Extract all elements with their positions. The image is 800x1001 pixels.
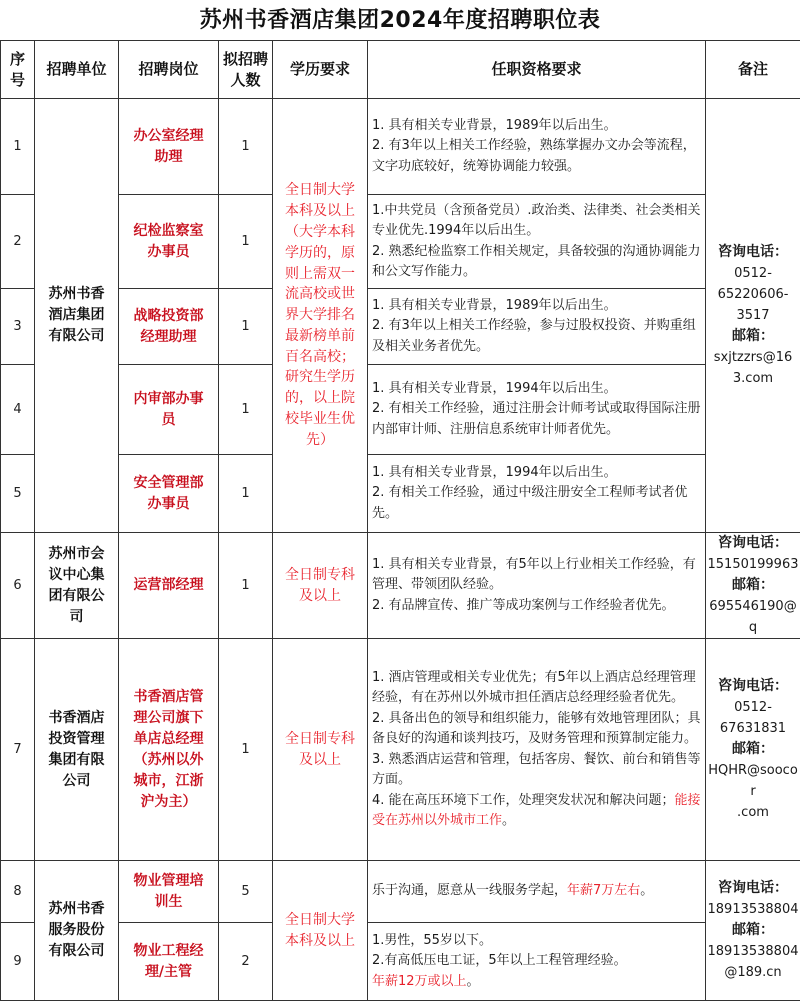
- text-line: 则上需双一: [276, 264, 364, 285]
- text-line: 有限公司: [39, 326, 114, 347]
- text-line: 战略投资部: [122, 306, 215, 327]
- email-address: HQHR@soocor: [707, 760, 799, 802]
- requirement-item: 1. 具有相关专业背景，1989年以后出生。: [372, 296, 701, 317]
- text-line: 纪检监察室: [122, 221, 215, 242]
- text-line: 沪为主）: [122, 792, 215, 813]
- text-line: 议中心集: [39, 565, 114, 586]
- table-row: 7书香酒店投资管理集团有限公司书香酒店管理公司旗下单店总经理（苏州以外城市，江浙…: [1, 639, 800, 861]
- text-line: 苏州市会: [39, 544, 114, 565]
- requirements-cell: 1.男性，55岁以下。2.有高低压电工证，5年以上工程管理经验。年薪12万或以上…: [368, 923, 706, 989]
- count-cell: 1: [219, 99, 273, 195]
- contact-cell: 咨询电话：15150199963邮箱：695546190@q: [706, 533, 800, 639]
- text-line: 全日制大学: [276, 910, 364, 931]
- unit-cell: 书香酒店投资管理集团有限公司: [35, 639, 119, 861]
- requirement-text: 1. 具有相关专业背景，1989年以后出生。: [372, 298, 617, 313]
- requirement-text: 2. 熟悉纪检监察工作相关规定，具备较强的沟通协调能力和公文写作能力。: [372, 244, 701, 280]
- text-line: 物业工程经: [122, 941, 215, 962]
- requirement-text: 1. 具有相关专业背景，1989年以后出生。: [372, 118, 617, 133]
- requirement-item: 2. 熟悉纪检监察工作相关规定，具备较强的沟通协调能力和公文写作能力。: [372, 242, 701, 283]
- requirement-item: 1.男性，55岁以下。: [372, 931, 701, 952]
- table-row: 6苏州市会议中心集团有限公司运营部经理1全日制专科及以上1. 具有相关专业背景，…: [1, 533, 800, 639]
- email-address: .com: [707, 802, 799, 823]
- text-line: 全日制大学: [276, 180, 364, 201]
- position-cell: 物业管理培训生: [119, 861, 219, 923]
- requirement-item: 2. 有品牌宣传、推广等成功案例与工作经验者优先。: [372, 596, 701, 617]
- requirement-text: 1.男性，55岁以下。: [372, 933, 492, 948]
- requirement-text: 。: [502, 813, 515, 828]
- text-line: 办事员: [122, 494, 215, 515]
- requirement-item: 2. 有3年以上相关工作经验，参与过股权投资、并购重组及相关业务者优先。: [372, 316, 701, 357]
- position-cell: 内审部办事员: [119, 365, 219, 455]
- text-line: 及以上: [276, 750, 364, 771]
- header-unit: 招聘单位: [35, 41, 119, 99]
- text-line: 界大学排名: [276, 305, 364, 326]
- text-line: 物业管理培: [122, 871, 215, 892]
- text-line: （苏州以外: [122, 750, 215, 771]
- text-line: 酒店集团: [39, 305, 114, 326]
- text-line: 投资管理: [39, 729, 114, 750]
- text-line: 全日制专科: [276, 729, 364, 750]
- header-seq: 序号: [1, 41, 35, 99]
- header-notes: 备注: [706, 41, 800, 99]
- requirement-text: 2. 有3年以上相关工作经验，熟练掌握办文办会等流程，文字功底较好，统筹协调能力…: [372, 138, 696, 174]
- requirement-text: 3. 熟悉酒店运营和管理，包括客房、餐饮、前台和销售等方面。: [372, 752, 701, 788]
- requirement-item: 年薪12万或以上。: [372, 972, 701, 988]
- table-row: 3战略投资部经理助理11. 具有相关专业背景，1989年以后出生。2. 有3年以…: [1, 289, 800, 365]
- requirement-text: 1. 具有相关专业背景，有5年以上行业相关工作经验，有管理、带领团队经验。: [372, 557, 696, 593]
- seq-cell: 8: [1, 861, 35, 923]
- header-row: 序号 招聘单位 招聘岗位 拟招聘人数 学历要求 任职资格要求 备注: [1, 41, 800, 99]
- header-position: 招聘岗位: [119, 41, 219, 99]
- email-label: 邮箱：: [707, 326, 799, 347]
- count-cell: 1: [219, 533, 273, 639]
- highlight-text: 年薪12万或以上: [372, 974, 467, 988]
- requirement-item: 1. 具有相关专业背景，1994年以后出生。: [372, 463, 701, 484]
- phone-number: 15150199963: [707, 554, 799, 575]
- requirements-cell: 1. 具有相关专业背景，有5年以上行业相关工作经验，有管理、带领团队经验。2. …: [368, 533, 706, 639]
- text-line: （大学本科: [276, 222, 364, 243]
- highlight-text: 年薪7万左右: [567, 883, 640, 898]
- phone-number: 3517: [707, 305, 799, 326]
- email-address: @189.cn: [707, 962, 799, 983]
- phone-number: 0512-: [707, 697, 799, 718]
- text-line: 先）: [276, 430, 364, 451]
- phone-number: 0512-: [707, 263, 799, 284]
- requirement-text: 2. 有3年以上相关工作经验，参与过股权投资、并购重组及相关业务者优先。: [372, 318, 696, 354]
- unit-cell: 苏州书香酒店集团有限公司: [35, 99, 119, 533]
- education-cell: 全日制专科及以上: [273, 639, 368, 861]
- text-line: 内审部办事: [122, 389, 215, 410]
- requirement-text: 乐于沟通，愿意从一线服务学起，: [372, 883, 567, 898]
- requirement-text: 。: [467, 974, 480, 988]
- requirement-item: 4. 能在高压环境下工作，处理突发状况和解决问题；能接受在苏州以外城市工作。: [372, 791, 701, 832]
- count-cell: 1: [219, 455, 273, 533]
- requirement-item: 乐于沟通，愿意从一线服务学起，年薪7万左右。: [372, 881, 701, 902]
- position-cell: 安全管理部办事员: [119, 455, 219, 533]
- requirement-text: 4. 能在高压环境下工作，处理突发状况和解决问题；: [372, 793, 675, 808]
- contact-cell: 咨询电话：18913538804邮箱：18913538804@189.cn: [706, 861, 800, 989]
- education-cell: 全日制专科及以上: [273, 533, 368, 639]
- requirement-item: 1. 酒店管理或相关专业优先；有5年以上酒店总经理管理经验，有在苏州以外城市担任…: [372, 668, 701, 709]
- text-line: 服务股份: [39, 920, 114, 941]
- text-line: 全日制专科: [276, 565, 364, 586]
- text-line: 的，以上院: [276, 388, 364, 409]
- requirement-text: 2. 有相关工作经验，通过中级注册安全工程师考试者优先。: [372, 485, 688, 521]
- requirement-text: 1. 具有相关专业背景，1994年以后出生。: [372, 465, 617, 480]
- phone-label: 咨询电话：: [707, 242, 799, 263]
- count-cell: 1: [219, 639, 273, 861]
- contact-cell: 咨询电话：0512-67631831邮箱：HQHR@soocor.com: [706, 639, 800, 861]
- unit-cell: 苏州书香服务股份有限公司: [35, 861, 119, 989]
- text-line: 司: [39, 607, 114, 628]
- requirements-cell: 1.中共党员（含预备党员）.政治类、法律类、社会类相关专业优先.1994年以后出…: [368, 195, 706, 289]
- position-cell: 书香酒店管理公司旗下单店总经理（苏州以外城市，江浙沪为主）: [119, 639, 219, 861]
- requirements-cell: 1. 具有相关专业背景，1989年以后出生。2. 有3年以上相关工作经验，参与过…: [368, 289, 706, 365]
- requirement-text: 2. 有品牌宣传、推广等成功案例与工作经验者优先。: [372, 598, 675, 613]
- text-line: 最新榜单前: [276, 326, 364, 347]
- requirement-item: 1. 具有相关专业背景，1994年以后出生。: [372, 379, 701, 400]
- email-label: 邮箱：: [707, 920, 799, 941]
- text-line: 训生: [122, 892, 215, 913]
- requirement-text: 1. 具有相关专业背景，1994年以后出生。: [372, 381, 617, 396]
- requirement-text: 2.有高低压电工证，5年以上工程管理经验。: [372, 953, 627, 968]
- text-line: 本科及以上: [276, 931, 364, 952]
- text-line: 运营部经理: [122, 575, 215, 596]
- phone-number: 65220606-: [707, 284, 799, 305]
- text-line: 流高校或世: [276, 284, 364, 305]
- seq-cell: 9: [1, 923, 35, 989]
- text-line: 办公室经理: [122, 126, 215, 147]
- recruitment-table: 序号 招聘单位 招聘岗位 拟招聘人数 学历要求 任职资格要求 备注 1苏州书香酒…: [0, 40, 800, 988]
- unit-cell: 苏州市会议中心集团有限公司: [35, 533, 119, 639]
- requirements-cell: 乐于沟通，愿意从一线服务学起，年薪7万左右。: [368, 861, 706, 923]
- text-line: 公司: [39, 771, 114, 792]
- requirement-text: 1. 酒店管理或相关专业优先；有5年以上酒店总经理管理经验，有在苏州以外城市担任…: [372, 670, 696, 706]
- text-line: 有限公司: [39, 941, 114, 962]
- table-row: 9物业工程经理/主管21.男性，55岁以下。2.有高低压电工证，5年以上工程管理…: [1, 923, 800, 989]
- phone-label: 咨询电话：: [707, 533, 799, 554]
- requirement-text: 1.中共党员（含预备党员）.政治类、法律类、社会类相关专业优先.1994年以后出…: [372, 203, 701, 239]
- text-line: 助理: [122, 147, 215, 168]
- text-line: 研究生学历: [276, 367, 364, 388]
- text-line: 理/主管: [122, 962, 215, 983]
- email-address: sxjtzzrs@16: [707, 347, 799, 368]
- count-cell: 5: [219, 861, 273, 923]
- phone-label: 咨询电话：: [707, 878, 799, 899]
- phone-number: 18913538804: [707, 899, 799, 920]
- requirement-item: 2. 有相关工作经验，通过中级注册安全工程师考试者优先。: [372, 483, 701, 524]
- requirement-item: 2.有高低压电工证，5年以上工程管理经验。: [372, 951, 701, 972]
- requirement-item: 3. 熟悉酒店运营和管理，包括客房、餐饮、前台和销售等方面。: [372, 750, 701, 791]
- count-cell: 1: [219, 365, 273, 455]
- requirement-item: 2. 有相关工作经验，通过注册会计师考试或取得国际注册内部审计师、注册信息系统审…: [372, 399, 701, 440]
- text-line: 苏州书香: [39, 284, 114, 305]
- text-line: 集团有限: [39, 750, 114, 771]
- position-cell: 物业工程经理/主管: [119, 923, 219, 989]
- text-line: 书香酒店: [39, 708, 114, 729]
- seq-cell: 2: [1, 195, 35, 289]
- text-line: 办事员: [122, 242, 215, 263]
- email-label: 邮箱：: [707, 739, 799, 760]
- page-title: 苏州书香酒店集团2024年度招聘职位表: [0, 0, 800, 40]
- education-cell: 全日制大学本科及以上（大学本科学历的，原则上需双一流高校或世界大学排名最新榜单前…: [273, 99, 368, 533]
- count-cell: 1: [219, 195, 273, 289]
- requirements-cell: 1. 具有相关专业背景，1994年以后出生。2. 有相关工作经验，通过中级注册安…: [368, 455, 706, 533]
- email-address: 3.com: [707, 368, 799, 389]
- text-line: 理公司旗下: [122, 708, 215, 729]
- table-row: 4内审部办事员11. 具有相关专业背景，1994年以后出生。2. 有相关工作经验…: [1, 365, 800, 455]
- seq-cell: 6: [1, 533, 35, 639]
- position-cell: 运营部经理: [119, 533, 219, 639]
- seq-cell: 3: [1, 289, 35, 365]
- requirements-cell: 1. 酒店管理或相关专业优先；有5年以上酒店总经理管理经验，有在苏州以外城市担任…: [368, 639, 706, 861]
- seq-cell: 7: [1, 639, 35, 861]
- count-cell: 2: [219, 923, 273, 989]
- position-cell: 办公室经理助理: [119, 99, 219, 195]
- header-education: 学历要求: [273, 41, 368, 99]
- requirement-text: 2. 具备出色的领导和组织能力，能够有效地管理团队；具备良好的沟通和谈判技巧，及…: [372, 711, 701, 747]
- position-cell: 纪检监察室办事员: [119, 195, 219, 289]
- position-cell: 战略投资部经理助理: [119, 289, 219, 365]
- requirements-cell: 1. 具有相关专业背景，1989年以后出生。2. 有3年以上相关工作经验，熟练掌…: [368, 99, 706, 195]
- text-line: 苏州书香: [39, 899, 114, 920]
- contact-cell: 咨询电话：0512-65220606-3517邮箱：sxjtzzrs@163.c…: [706, 99, 800, 533]
- text-line: 安全管理部: [122, 473, 215, 494]
- text-line: 及以上: [276, 586, 364, 607]
- text-line: 校毕业生优: [276, 409, 364, 430]
- seq-cell: 5: [1, 455, 35, 533]
- seq-cell: 4: [1, 365, 35, 455]
- text-line: 员: [122, 410, 215, 431]
- requirement-item: 1. 具有相关专业背景，有5年以上行业相关工作经验，有管理、带领团队经验。: [372, 555, 701, 596]
- header-count: 拟招聘人数: [219, 41, 273, 99]
- table-row: 8苏州书香服务股份有限公司物业管理培训生5全日制大学本科及以上乐于沟通，愿意从一…: [1, 861, 800, 923]
- text-line: 书香酒店管: [122, 687, 215, 708]
- text-line: 百名高校；: [276, 347, 364, 368]
- email-address: 18913538804: [707, 941, 799, 962]
- count-cell: 1: [219, 289, 273, 365]
- requirement-item: 2. 有3年以上相关工作经验，熟练掌握办文办会等流程，文字功底较好，统筹协调能力…: [372, 136, 701, 177]
- table-row: 5安全管理部办事员11. 具有相关专业背景，1994年以后出生。2. 有相关工作…: [1, 455, 800, 533]
- text-line: 学历的，原: [276, 243, 364, 264]
- requirement-text: 2. 有相关工作经验，通过注册会计师考试或取得国际注册内部审计师、注册信息系统审…: [372, 401, 701, 437]
- requirement-text: 。: [640, 883, 653, 898]
- table-row: 2纪检监察室办事员11.中共党员（含预备党员）.政治类、法律类、社会类相关专业优…: [1, 195, 800, 289]
- text-line: 团有限公: [39, 586, 114, 607]
- education-cell: 全日制大学本科及以上: [273, 861, 368, 989]
- phone-label: 咨询电话：: [707, 676, 799, 697]
- text-line: 本科及以上: [276, 201, 364, 222]
- requirement-item: 2. 具备出色的领导和组织能力，能够有效地管理团队；具备良好的沟通和谈判技巧，及…: [372, 709, 701, 750]
- requirement-item: 1. 具有相关专业背景，1989年以后出生。: [372, 116, 701, 137]
- header-requirements: 任职资格要求: [368, 41, 706, 99]
- text-line: 单店总经理: [122, 729, 215, 750]
- phone-number: 67631831: [707, 718, 799, 739]
- text-line: 城市，江浙: [122, 771, 215, 792]
- seq-cell: 1: [1, 99, 35, 195]
- requirements-cell: 1. 具有相关专业背景，1994年以后出生。2. 有相关工作经验，通过注册会计师…: [368, 365, 706, 455]
- email-address: 695546190@q: [707, 596, 799, 638]
- requirement-item: 1.中共党员（含预备党员）.政治类、法律类、社会类相关专业优先.1994年以后出…: [372, 201, 701, 242]
- text-line: 经理助理: [122, 327, 215, 348]
- email-label: 邮箱：: [707, 575, 799, 596]
- table-row: 1苏州书香酒店集团有限公司办公室经理助理1全日制大学本科及以上（大学本科学历的，…: [1, 99, 800, 195]
